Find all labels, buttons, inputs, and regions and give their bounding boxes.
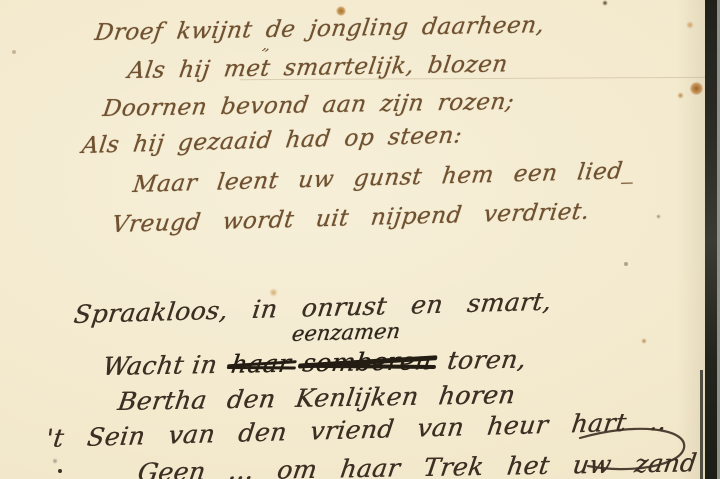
foxing-stain (690, 82, 703, 95)
page-edge (705, 0, 717, 479)
poem-line: Bertha den Kenlijken horen (116, 380, 517, 416)
strikethrough-word: haar (229, 349, 293, 379)
poem-line: Als hij gezaaid had op steen: (80, 122, 464, 159)
inserted-word: eenzamen (290, 319, 401, 346)
poem-line: Wacht inhaarsomberentoren, (101, 345, 528, 381)
paper-speck (624, 262, 628, 266)
paper-speck (12, 50, 16, 54)
ink-dot (58, 469, 62, 473)
foxing-stain (686, 21, 694, 29)
page-edge-inner-line (700, 370, 703, 479)
foxing-stain (656, 214, 661, 219)
foxing-stain (677, 92, 684, 99)
poem-line: Vreugd wordt uit nijpend verdriet. (110, 199, 591, 238)
foxing-stain (336, 6, 346, 16)
clipped-poem-line: Geen ... om haar Trek het uw zand (136, 448, 699, 479)
foxing-stain (641, 338, 647, 344)
poem-line: Doornen bevond aan zijn rozen; (101, 89, 516, 122)
poem-line: Maar leent uw gunst hem een lied_ (131, 158, 636, 198)
line-fragment: Wacht in (101, 350, 219, 381)
strikethrough-word: somberen (301, 346, 434, 377)
poem-line: Droef kwijnt de jongling daarheen, (93, 12, 546, 46)
foxing-stain (269, 288, 278, 297)
paper-speck (52, 458, 58, 464)
manuscript-page: Droef kwijnt de jongling daarheen, „ Als… (0, 0, 720, 479)
line-fragment: toren, (446, 345, 529, 375)
foxing-stain (602, 0, 608, 6)
